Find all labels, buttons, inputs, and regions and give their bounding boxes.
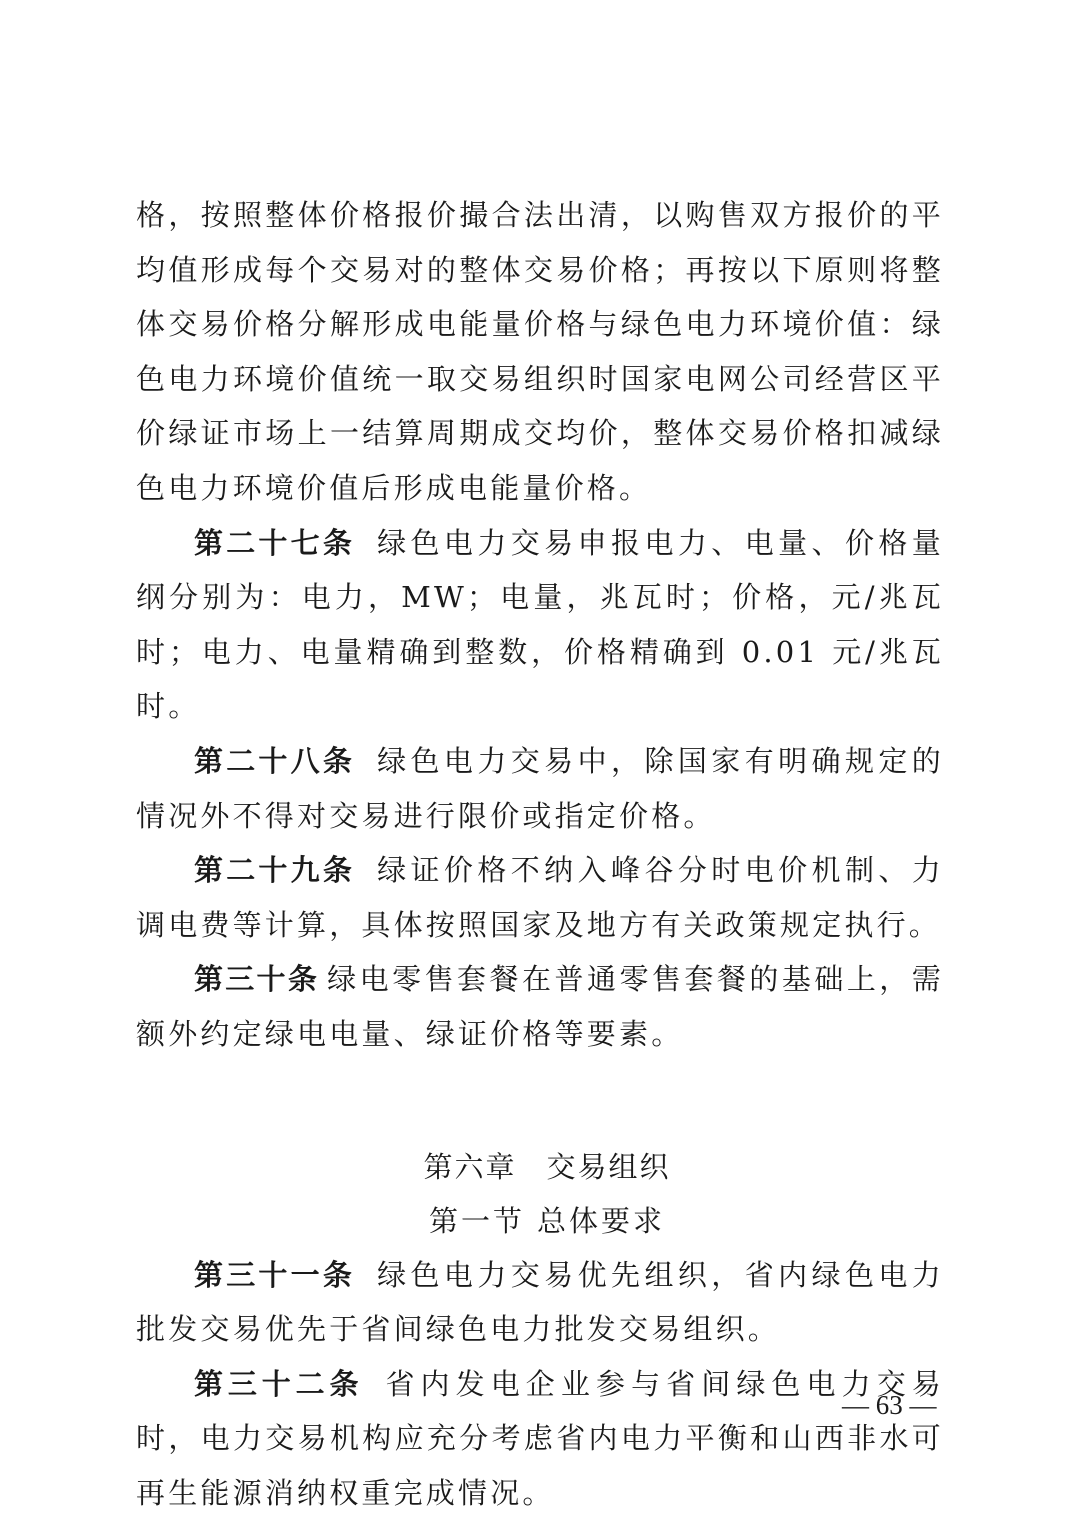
paragraph-text: 格，按照整体价格报价撮合法出清，以购售双方报价的平均值形成每个交易对的整体交易价…: [136, 198, 944, 505]
paragraph-continuation: 格，按照整体价格报价撮合法出清，以购售双方报价的平均值形成每个交易对的整体交易价…: [136, 188, 944, 516]
chapter-heading: 第六章交易组织: [136, 1140, 944, 1194]
section-title: 总体要求: [537, 1204, 665, 1238]
article-number: 第二十七条: [194, 526, 355, 560]
paragraph-article-30: 第三十条绿电零售套餐在普通零售套餐的基础上，需额外约定绿电电量、绿证价格等要素。: [136, 952, 944, 1061]
article-number: 第二十八条: [194, 744, 355, 778]
chapter-number: 第六章: [423, 1150, 516, 1184]
section-heading: 第一节总体要求: [136, 1194, 944, 1248]
article-number: 第三十条: [194, 962, 319, 996]
chapter-title: 交易组织: [547, 1150, 671, 1184]
section-number: 第一节: [429, 1204, 525, 1238]
paragraph-article-29: 第二十九条绿证价格不纳入峰谷分时电价机制、力调电费等计算，具体按照国家及地方有关…: [136, 843, 944, 952]
article-number: 第三十一条: [194, 1258, 355, 1292]
article-number: 第三十二条: [194, 1367, 363, 1401]
chapter-spacer: [136, 1062, 944, 1140]
paragraph-article-27: 第二十七条绿色电力交易申报电力、电量、价格量纲分别为：电力，MW；电量，兆瓦时；…: [136, 516, 944, 734]
paragraph-article-31: 第三十一条绿色电力交易优先组织，省内绿色电力批发交易优先于省间绿色电力批发交易组…: [136, 1248, 944, 1357]
page-number: — 63 —: [842, 1388, 937, 1422]
paragraph-article-32: 第三十二条省内发电企业参与省间绿色电力交易时，电力交易机构应充分考虑省内电力平衡…: [136, 1357, 944, 1521]
paragraph-article-28: 第二十八条绿色电力交易中，除国家有明确规定的情况外不得对交易进行限价或指定价格。: [136, 734, 944, 843]
article-number: 第二十九条: [194, 853, 355, 887]
document-page: 格，按照整体价格报价撮合法出清，以购售双方报价的平均值形成每个交易对的整体交易价…: [136, 188, 944, 1520]
